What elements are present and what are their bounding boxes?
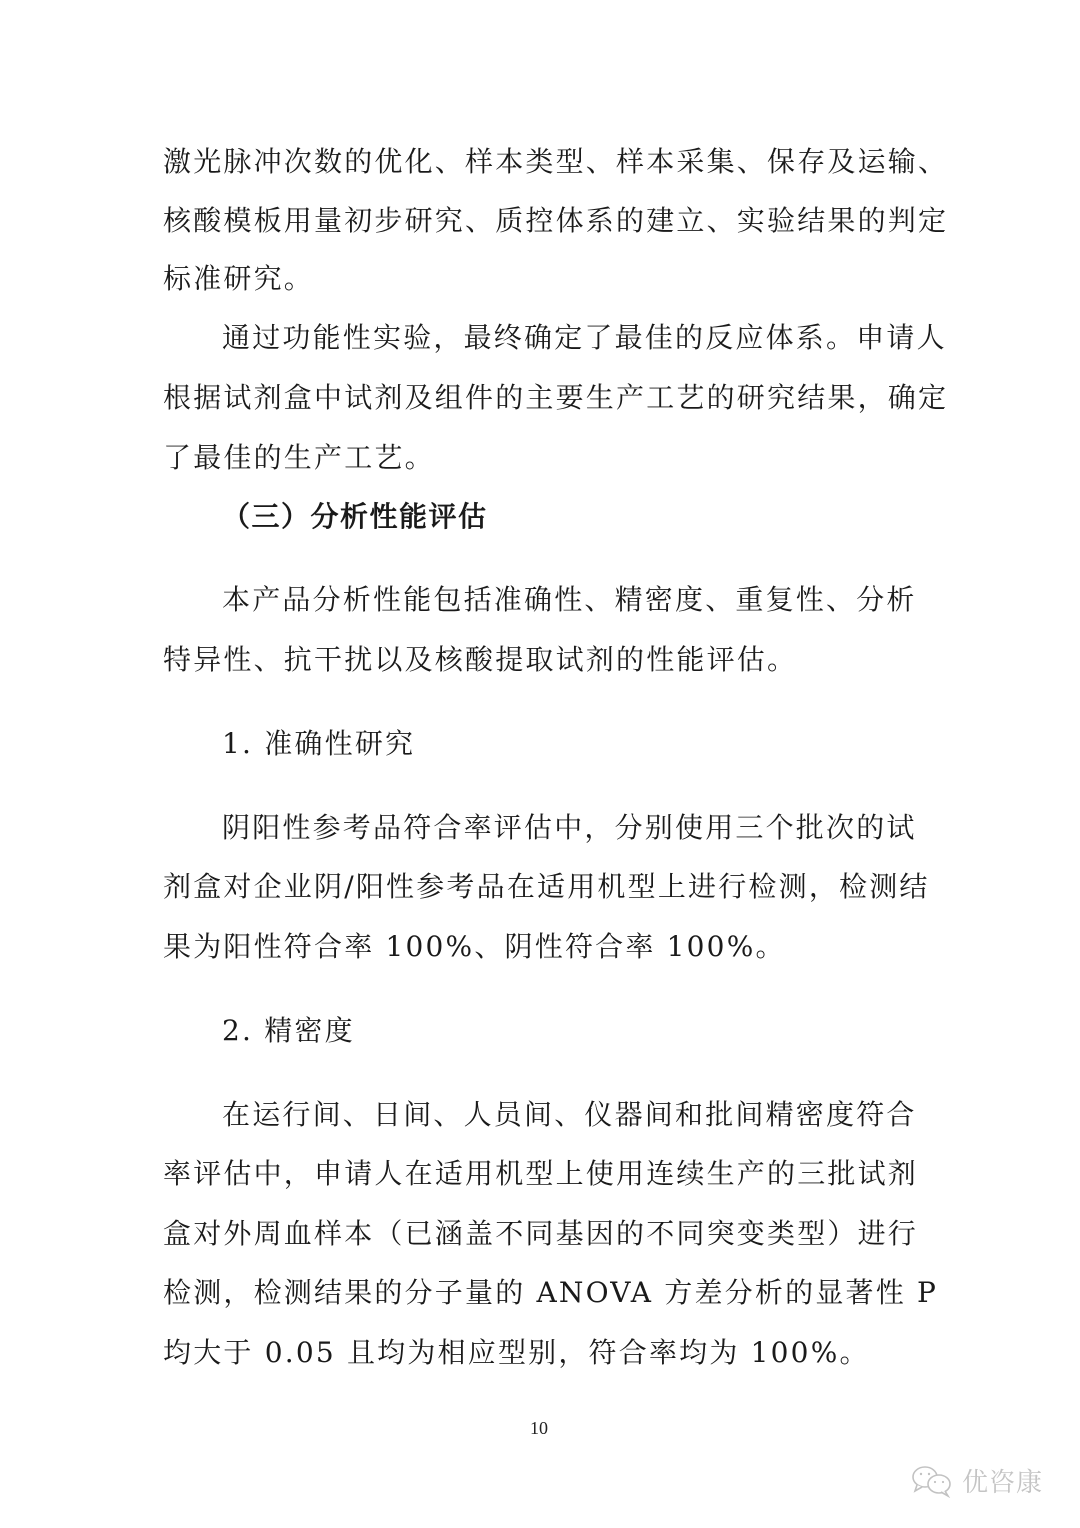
paragraph-5-line-2: 率评估中，申请人在适用机型上使用连续生产的三批试剂 [163,1154,918,1194]
subheading-accuracy: 1. 准确性研究 [222,724,415,764]
paragraph-2-line-1: 通过功能性实验，最终确定了最佳的反应体系。申请人 [222,318,947,358]
paragraph-4-line-3: 果为阳性符合率 100%、阴性符合率 100%。 [163,927,786,967]
paragraph-4-line-1: 阴阳性参考品符合率评估中，分别使用三个批次的试 [222,808,917,848]
subheading-precision: 2. 精密度 [222,1011,355,1051]
page-number: 10 [530,1418,548,1439]
document-page: 激光脉冲次数的优化、样本类型、样本采集、保存及运输、 核酸模板用量初步研究、质控… [0,0,1080,1528]
section-heading: （三）分析性能评估 [222,497,488,537]
paragraph-2-line-2: 根据试剂盒中试剂及组件的主要生产工艺的研究结果，确定 [163,378,948,418]
watermark: 优咨康 [910,1462,1043,1499]
paragraph-5-line-5: 均大于 0.05 且均为相应型别，符合率均为 100%。 [163,1333,870,1373]
paragraph-1-line-1: 激光脉冲次数的优化、样本类型、样本采集、保存及运输、 [163,142,948,182]
paragraph-3-line-1: 本产品分析性能包括准确性、精密度、重复性、分析 [222,580,917,620]
paragraph-4-line-2: 剂盒对企业阴/阳性参考品在适用机型上进行检测，检测结 [163,867,930,907]
paragraph-1-line-3: 标准研究。 [163,259,314,299]
watermark-text: 优咨康 [962,1462,1043,1499]
paragraph-5-line-3: 盒对外周血样本（已涵盖不同基因的不同突变类型）进行 [163,1214,918,1254]
paragraph-2-line-3: 了最佳的生产工艺。 [163,438,435,478]
paragraph-5-line-1: 在运行间、日间、人员间、仪器间和批间精密度符合 [222,1095,917,1135]
paragraph-1-line-2: 核酸模板用量初步研究、质控体系的建立、实验结果的判定 [163,201,948,241]
wechat-icon [910,1464,956,1498]
paragraph-3-line-2: 特异性、抗干扰以及核酸提取试剂的性能评估。 [163,640,797,680]
paragraph-5-line-4: 检测，检测结果的分子量的 ANOVA 方差分析的显著性 P [163,1273,938,1313]
